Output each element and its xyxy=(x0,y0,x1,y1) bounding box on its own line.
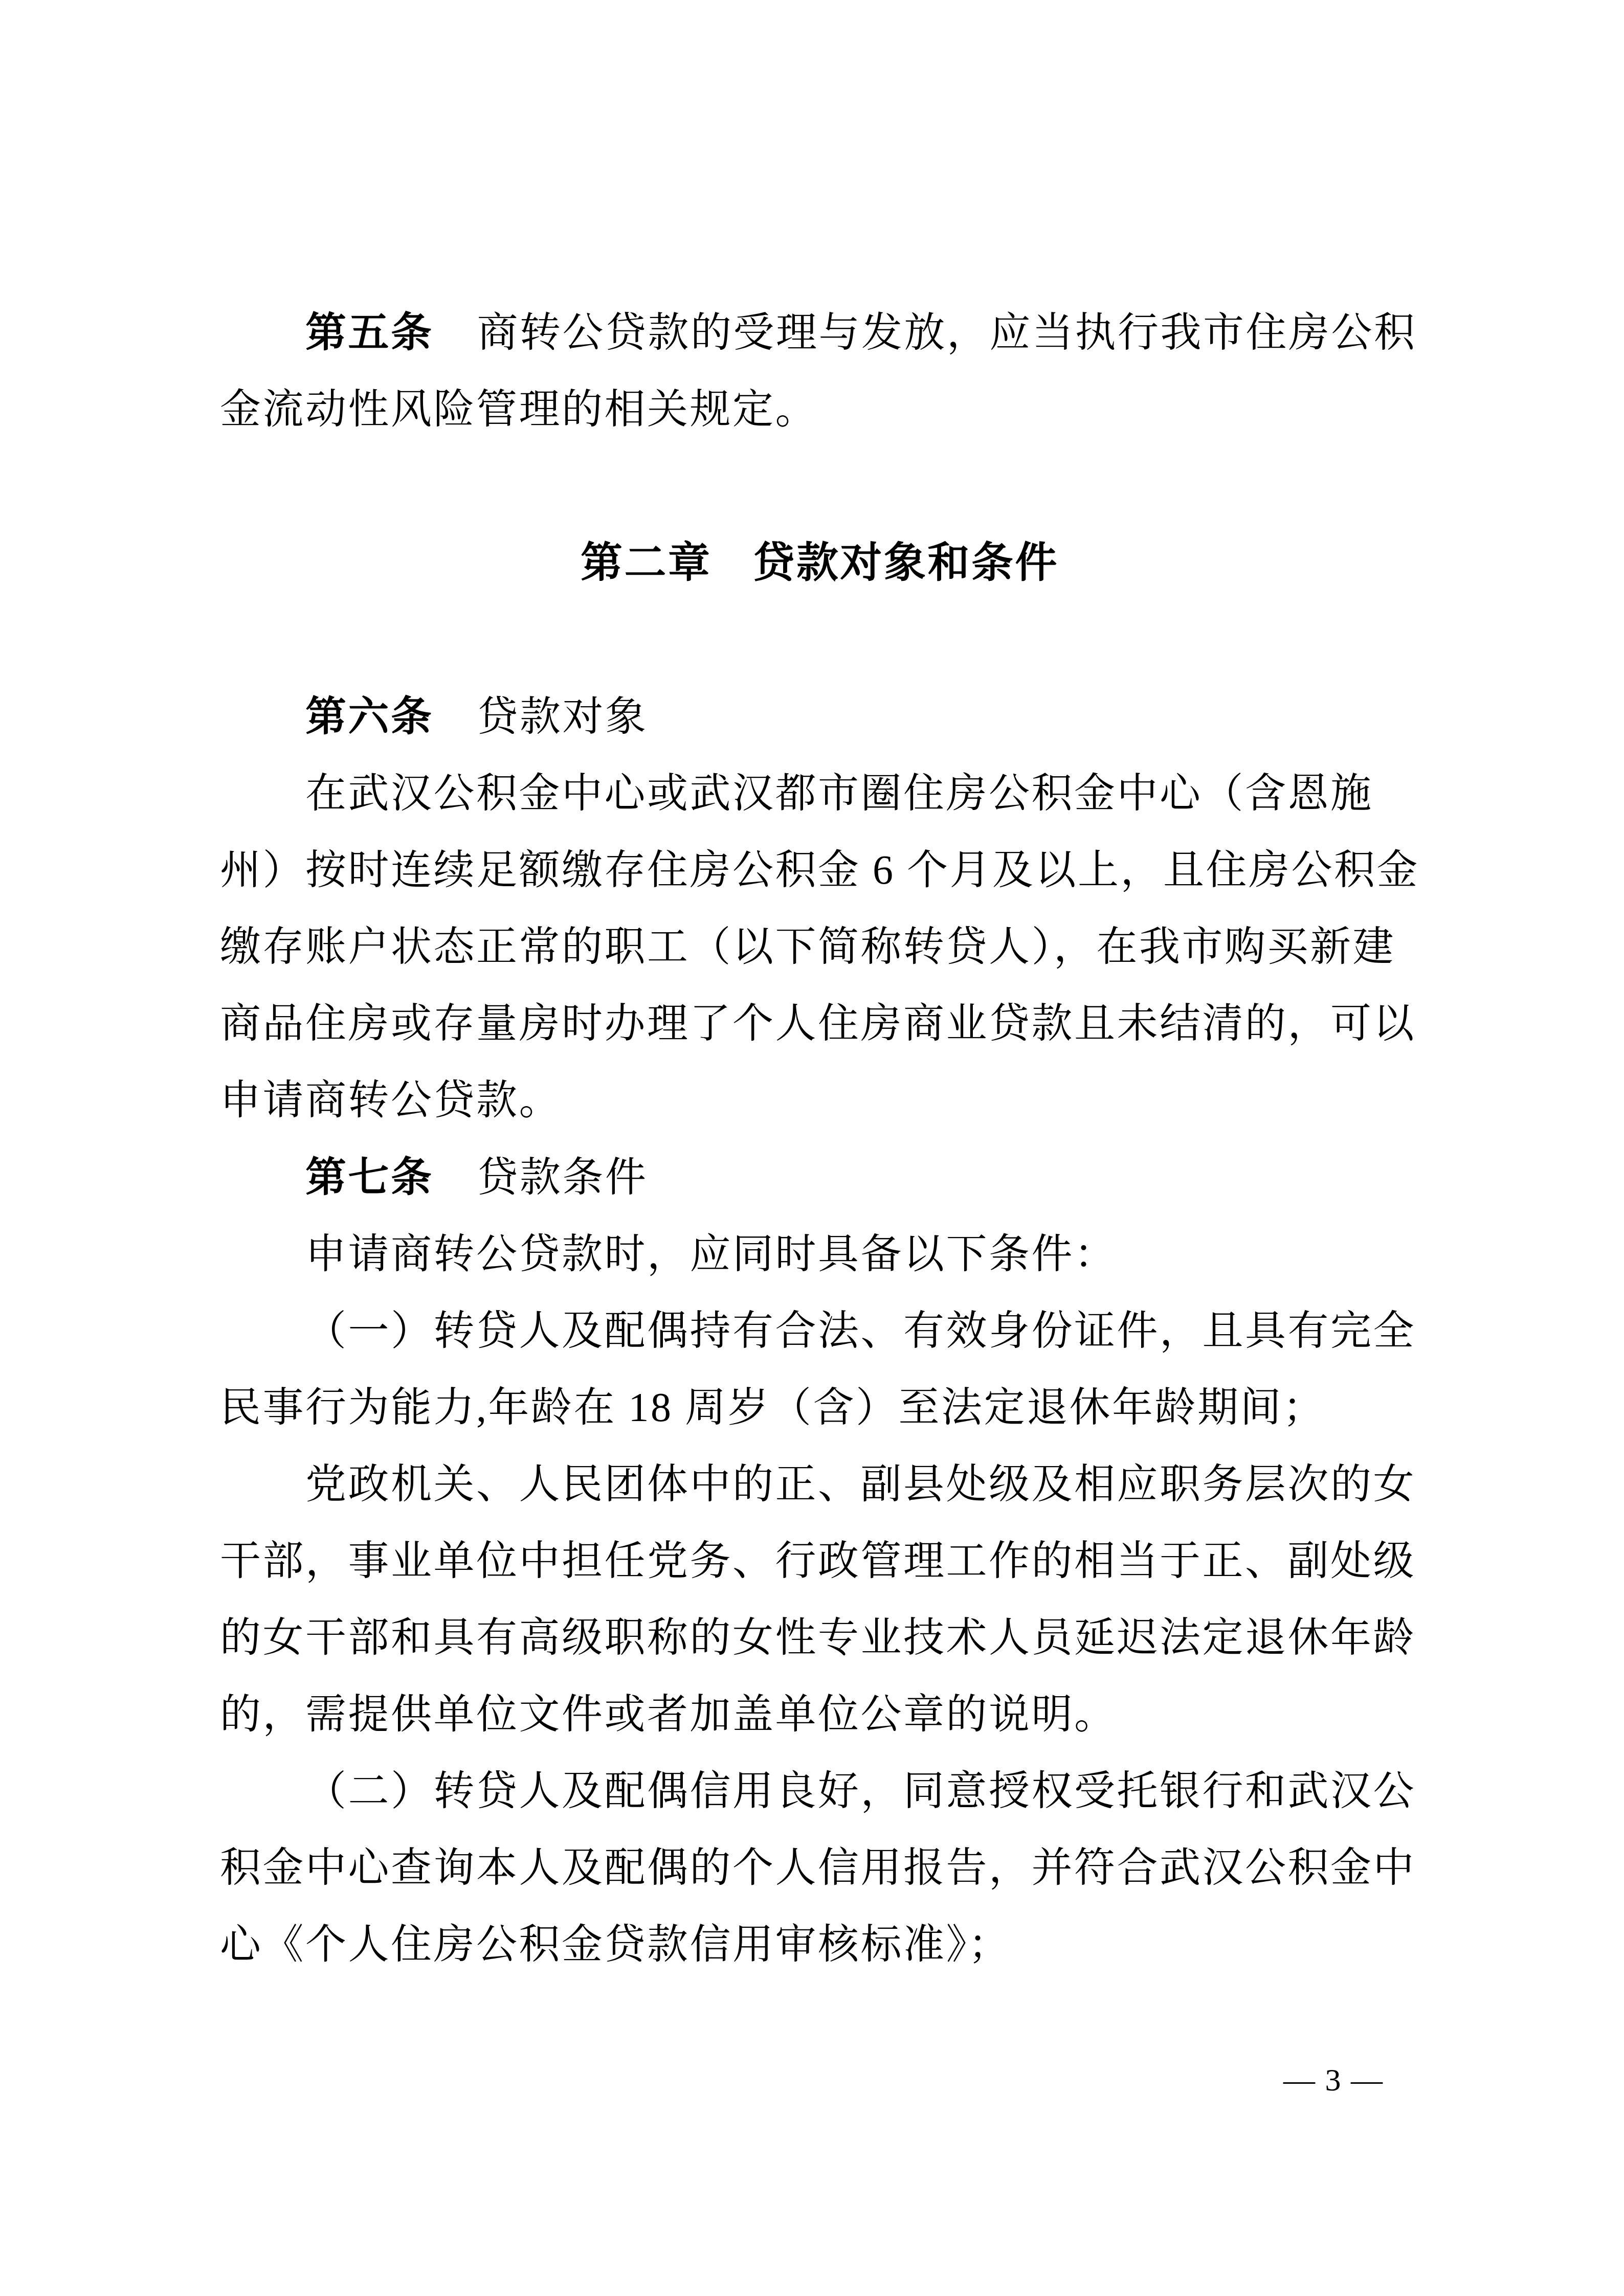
text-line: 第七条贷款条件 xyxy=(220,1139,1419,1216)
line-text: 申请商转公贷款。 xyxy=(220,1078,562,1123)
text-line: 在武汉公积金中心或武汉都市圈住房公积金中心（含恩施 xyxy=(220,755,1419,832)
line-text: 贷款条件 xyxy=(477,1155,648,1200)
chapter-number: 第二章 xyxy=(581,539,712,586)
text-line: 商品住房或存量房时办理了个人住房商业贷款且未结清的，可以 xyxy=(220,985,1419,1062)
text-line: 的，需提供单位文件或者加盖单位公章的说明。 xyxy=(220,1676,1419,1753)
text-line: 缴存账户状态正常的职工（以下简称转贷人），在我市购买新建 xyxy=(220,909,1419,985)
text-line: 第五条商转公贷款的受理与发放，应当执行我市住房公积 xyxy=(220,294,1419,371)
line-text: 缴存账户状态正常的职工（以下简称转贷人），在我市购买新建 xyxy=(220,925,1395,970)
text-line: 申请商转公贷款时，应同时具备以下条件： xyxy=(220,1216,1419,1293)
article-number: 第六条 xyxy=(305,693,434,739)
line-text: 干部，事业单位中担任党务、行政管理工作的相当于正、副处级 xyxy=(220,1539,1416,1584)
line-text: （一）转贷人及配偶持有合法、有效身份证件，且具有完全 xyxy=(305,1309,1416,1354)
line-text: 商品住房或存量房时办理了个人住房商业贷款且未结清的，可以 xyxy=(220,1001,1416,1046)
line-text: 商转公贷款的受理与发放，应当执行我市住房公积 xyxy=(477,310,1417,355)
line-text: 贷款对象 xyxy=(477,694,648,739)
text-line: 干部，事业单位中担任党务、行政管理工作的相当于正、副处级 xyxy=(220,1523,1419,1600)
line-text: 在武汉公积金中心或武汉都市圈住房公积金中心（含恩施 xyxy=(305,771,1373,816)
line-text: 党政机关、人民团体中的正、副县处级及相应职务层次的女 xyxy=(305,1462,1416,1507)
chapter-heading: 第二章贷款对象和条件 xyxy=(220,525,1419,601)
article-number: 第五条 xyxy=(305,309,434,355)
article-number: 第七条 xyxy=(305,1154,434,1200)
document-content: 第五条商转公贷款的受理与发放，应当执行我市住房公积金流动性风险管理的相关规定。第… xyxy=(220,294,1419,1983)
text-line: 金流动性风险管理的相关规定。 xyxy=(220,371,1419,448)
line-text: 州）按时连续足额缴存住房公积金 6 个月及以上，且住房公积金 xyxy=(220,848,1419,893)
text-line: 州）按时连续足额缴存住房公积金 6 个月及以上，且住房公积金 xyxy=(220,832,1419,909)
line-text: 贷款对象和条件 xyxy=(753,539,1059,586)
text-line: 民事行为能力,年龄在 18 周岁（含）至法定退休年龄期间； xyxy=(220,1369,1419,1446)
page-number: — 3 — xyxy=(1283,2055,1384,2106)
text-line: 的女干部和具有高级职称的女性专业技术人员延迟法定退休年龄 xyxy=(220,1600,1419,1676)
text-line: 党政机关、人民团体中的正、副县处级及相应职务层次的女 xyxy=(220,1446,1419,1523)
line-text: 心《个人住房公积金贷款信用审核标准》； xyxy=(220,1922,1011,1967)
text-line: 积金中心查询本人及配偶的个人信用报告，并符合武汉公积金中 xyxy=(220,1830,1419,1906)
line-text: 的女干部和具有高级职称的女性专业技术人员延迟法定退休年龄 xyxy=(220,1615,1416,1660)
line-text: 的，需提供单位文件或者加盖单位公章的说明。 xyxy=(220,1692,1117,1737)
line-text: 申请商转公贷款时，应同时具备以下条件： xyxy=(305,1232,1117,1277)
line-text: 民事行为能力,年龄在 18 周岁（含）至法定退休年龄期间； xyxy=(220,1385,1326,1430)
line-text: 积金中心查询本人及配偶的个人信用报告，并符合武汉公积金中 xyxy=(220,1845,1416,1890)
text-line: 第六条贷款对象 xyxy=(220,678,1419,755)
text-line: 心《个人住房公积金贷款信用审核标准》； xyxy=(220,1906,1419,1983)
text-line: （一）转贷人及配偶持有合法、有效身份证件，且具有完全 xyxy=(220,1293,1419,1369)
text-line: （二）转贷人及配偶信用良好，同意授权受托银行和武汉公 xyxy=(220,1753,1419,1830)
text-line: 申请商转公贷款。 xyxy=(220,1062,1419,1139)
line-text: （二）转贷人及配偶信用良好，同意授权受托银行和武汉公 xyxy=(305,1769,1416,1814)
document-page: 第五条商转公贷款的受理与发放，应当执行我市住房公积金流动性风险管理的相关规定。第… xyxy=(0,0,1624,2296)
line-text: 金流动性风险管理的相关规定。 xyxy=(220,387,818,432)
